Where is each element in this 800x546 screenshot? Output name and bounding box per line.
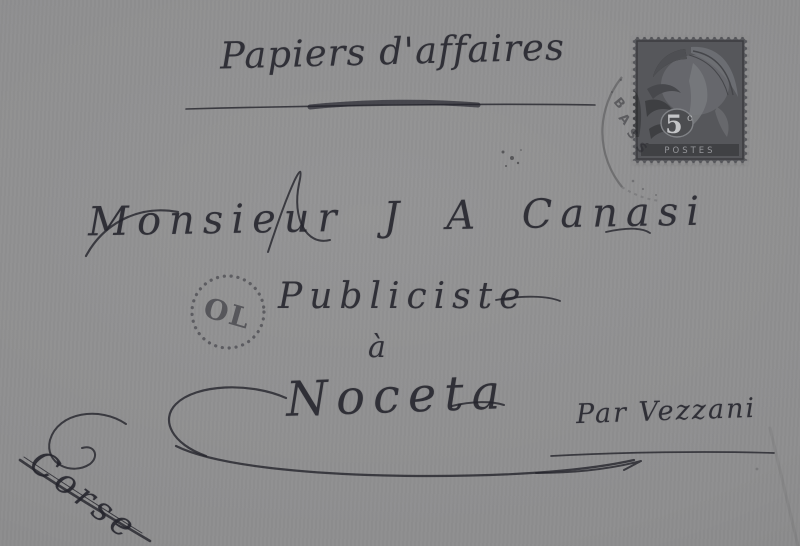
stamp-inscription: POSTES — [664, 146, 715, 156]
address-line-1: Monsieur J A Canasi — [88, 189, 708, 246]
stamp-denomination-unit: c — [687, 113, 693, 124]
crease-line — [770, 428, 798, 546]
endorsement-text: Papiers d'affaires — [219, 25, 565, 77]
noceta-flourish-curl — [169, 387, 286, 456]
stamp-denomination: 5 — [665, 110, 682, 139]
endorsement-underline-thick — [310, 102, 478, 107]
stamp-art: 5 c POSTES — [633, 37, 747, 163]
noceta-flourish-sweep — [176, 446, 634, 476]
postage-stamp: 5 c POSTES — [633, 37, 747, 163]
region-text: Corse — [22, 442, 146, 546]
ol-handstamp-letters: OL — [200, 291, 255, 336]
postmark-ring-arc — [602, 77, 622, 187]
address-line-4: Noceta — [285, 364, 509, 428]
address-line-2: Publiciste — [278, 276, 527, 317]
address-line-3: à — [368, 330, 386, 365]
routing-text: Par Vezzani — [576, 393, 757, 430]
ol-handstamp-dotted-circle — [192, 276, 264, 348]
noceta-flourish-arrow — [536, 461, 641, 473]
envelope: Papiers d'affaires Monsieur J A Canasi P… — [0, 0, 800, 546]
routing-underline — [551, 452, 774, 456]
endorsement-underline — [186, 104, 595, 109]
